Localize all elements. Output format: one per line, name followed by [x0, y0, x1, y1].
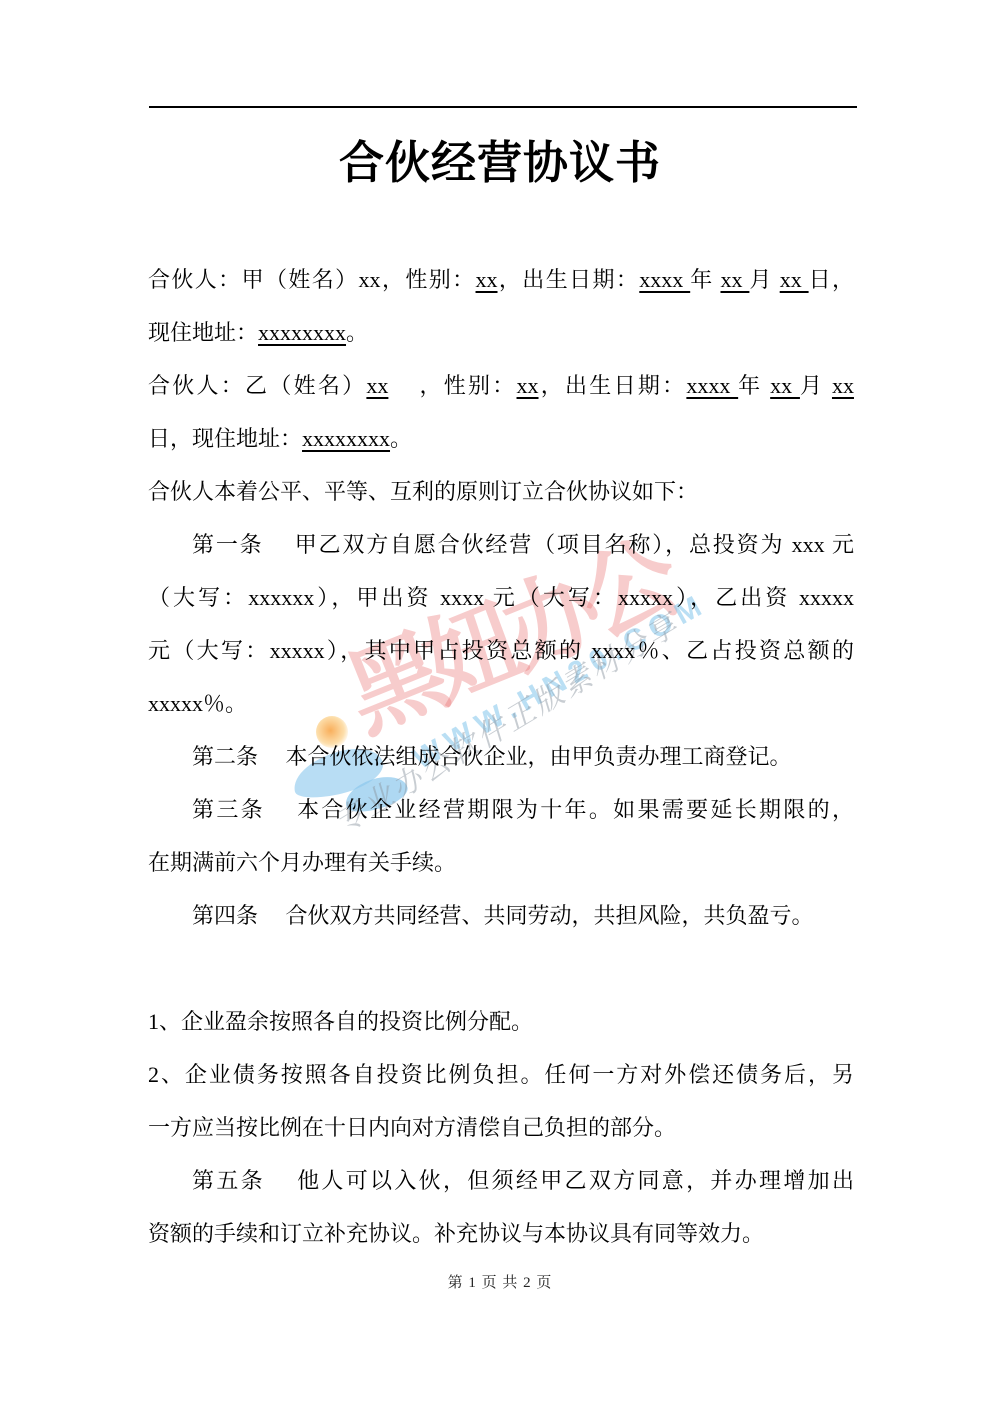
text-run: 日， — [809, 267, 854, 292]
text-run: 资额的手续和订立补充协议。补充协议与本协议具有同等效力。 — [148, 1221, 764, 1246]
fill-in-blank: xx — [780, 267, 809, 292]
document-page: 黑妞办公 WWW.HN20.COM 专业办公软件正版素材分享 合伙经营协议书 合… — [0, 0, 1000, 1414]
text-run: 第四条 合伙双方共同经营、共同劳动，共担风险，共负盈亏。 — [192, 903, 814, 928]
page-number-footer: 第 1 页 共 2 页 — [0, 1271, 1000, 1292]
document-content: 合伙经营协议书 合伙人：甲（姓名）xx，性别：xx，出生日期：xxxx 年 xx… — [0, 0, 1000, 1414]
text-run: ，性别： — [388, 373, 516, 398]
fill-in-blank: xxxx — [639, 267, 690, 292]
text-line: 合伙人：甲（姓名）xx，性别：xx，出生日期：xxxx 年 xx 月 xx 日， — [148, 253, 854, 306]
text-run: 合伙人本着公平、平等、互利的原则订立合伙协议如下： — [148, 479, 698, 504]
fill-in-blank: xxxx — [686, 373, 738, 398]
text-run: 月 — [749, 267, 779, 292]
text-run: 一方应当按比例在十日内向对方清偿自己负担的部分。 — [148, 1115, 676, 1140]
text-run: 元（大写：xxxxx），其中甲占投资总额的 xxxx％、乙占投资总额的 — [148, 638, 854, 663]
text-run: 在期满前六个月办理有关手续。 — [148, 850, 456, 875]
fill-in-blank: xx — [832, 373, 854, 398]
text-line: 第四条 合伙双方共同经营、共同劳动，共担风险，共负盈亏。 — [148, 889, 854, 942]
text-line — [148, 942, 854, 995]
text-run: 合伙人：乙（姓名） — [148, 373, 366, 398]
text-line: 第一条 甲乙双方自愿合伙经营（项目名称），总投资为 xxx 元 — [148, 518, 854, 571]
text-run: 2、企业债务按照各自投资比例负担。任何一方对外偿还债务后，另 — [148, 1062, 854, 1087]
text-run: 日，现住地址： — [148, 426, 302, 451]
text-run: ，出生日期： — [498, 267, 640, 292]
text-run: 。 — [346, 320, 368, 345]
text-line: 2、企业债务按照各自投资比例负担。任何一方对外偿还债务后，另 — [148, 1048, 854, 1101]
text-line: 第二条 本合伙依法组成合伙企业，由甲负责办理工商登记。 — [148, 730, 854, 783]
text-line: xxxxx％。 — [148, 677, 854, 730]
fill-in-blank: xxxxxxxx — [302, 426, 390, 451]
text-run: 第二条 本合伙依法组成合伙企业，由甲负责办理工商登记。 — [192, 744, 792, 769]
text-line: 资额的手续和订立补充协议。补充协议与本协议具有同等效力。 — [148, 1207, 854, 1260]
fill-in-blank: xx — [366, 373, 388, 398]
text-run: 第一条 甲乙双方自愿合伙经营（项目名称），总投资为 xxx 元 — [192, 532, 854, 557]
document-body: 合伙人：甲（姓名）xx，性别：xx，出生日期：xxxx 年 xx 月 xx 日，… — [148, 253, 854, 1260]
text-run: 第五条 他人可以入伙，但须经甲乙双方同意，并办理增加出 — [192, 1168, 854, 1193]
header-rule — [149, 106, 857, 108]
text-line: 合伙人本着公平、平等、互利的原则订立合伙协议如下： — [148, 465, 854, 518]
text-run: （大写：xxxxxx），甲出资 xxxx 元（大写：xxxxx），乙出资 xxx… — [148, 585, 854, 610]
text-run: xxxxx％。 — [148, 691, 247, 716]
text-line: 在期满前六个月办理有关手续。 — [148, 836, 854, 889]
text-run: 年 — [738, 373, 770, 398]
fill-in-blank: xx — [770, 373, 800, 398]
text-run: 1、企业盈余按照各自的投资比例分配。 — [148, 1009, 533, 1034]
text-line: 1、企业盈余按照各自的投资比例分配。 — [148, 995, 854, 1048]
text-line: 第五条 他人可以入伙，但须经甲乙双方同意，并办理增加出 — [148, 1154, 854, 1207]
text-line: 一方应当按比例在十日内向对方清偿自己负担的部分。 — [148, 1101, 854, 1154]
document-title: 合伙经营协议书 — [0, 126, 1000, 191]
text-run: 。 — [390, 426, 412, 451]
text-run: 现住地址： — [148, 320, 258, 345]
text-line: （大写：xxxxxx），甲出资 xxxx 元（大写：xxxxx），乙出资 xxx… — [148, 571, 854, 624]
text-run: ，出生日期： — [539, 373, 687, 398]
text-line: 现住地址：xxxxxxxx。 — [148, 306, 854, 359]
text-run: 月 — [800, 373, 832, 398]
text-line: 日，现住地址：xxxxxxxx。 — [148, 412, 854, 465]
fill-in-blank: xx — [720, 267, 749, 292]
text-run: 合伙人：甲（姓名）xx，性别： — [148, 267, 476, 292]
text-line: 合伙人：乙（姓名）xx ，性别：xx，出生日期：xxxx 年 xx 月 xx — [148, 359, 854, 412]
fill-in-blank: xx — [476, 267, 498, 292]
text-line: 元（大写：xxxxx），其中甲占投资总额的 xxxx％、乙占投资总额的 — [148, 624, 854, 677]
text-run: 第三条 本合伙企业经营期限为十年。如果需要延长期限的， — [192, 797, 854, 822]
text-line: 第三条 本合伙企业经营期限为十年。如果需要延长期限的， — [148, 783, 854, 836]
fill-in-blank: xxxxxxxx — [258, 320, 346, 345]
fill-in-blank: xx — [517, 373, 539, 398]
text-run: 年 — [690, 267, 720, 292]
